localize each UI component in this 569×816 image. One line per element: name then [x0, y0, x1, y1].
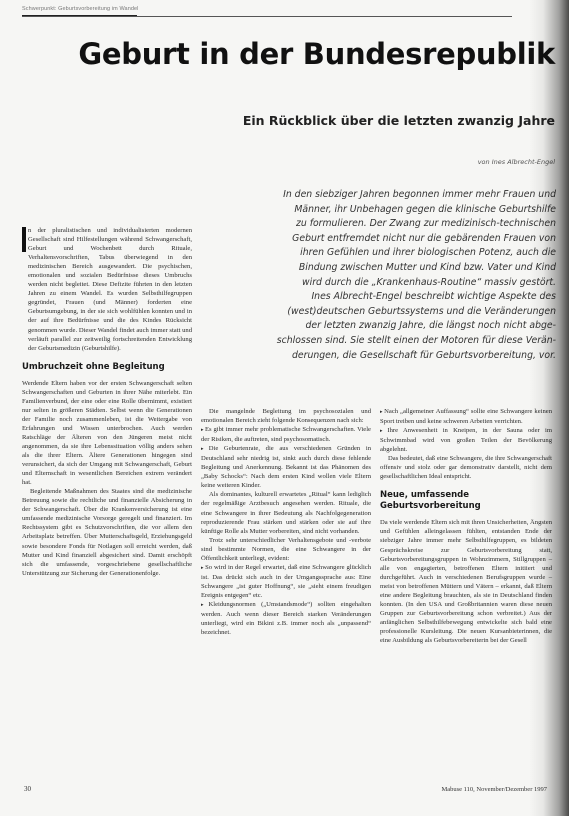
intro-line: derungen, die Gesellschaft für Geburtsvo…	[252, 349, 556, 364]
intro-line: Geburt entfremdet nicht nur die gebärend…	[252, 232, 556, 247]
intro-line: zu formulieren. Der Zwang zur medizinisc…	[252, 217, 556, 232]
paragraph: Das bedeutet, daß eine Schwangere, die i…	[380, 454, 552, 481]
page-gutter-shadow	[529, 0, 569, 816]
article-subtitle: Ein Rückblick über die letzten zwanzig J…	[243, 113, 555, 128]
article-intro: In den siebziger Jahren begonnen immer m…	[252, 188, 556, 363]
intro-line: Ines Albrecht-Engel beschreibt wichtige …	[252, 290, 556, 305]
intro-line: wird durch die „Krankenhaus-Routine“ mas…	[252, 276, 556, 291]
paragraph: Da viele werdende Eltern sich mit ihren …	[380, 518, 552, 645]
section-heading: Neue, umfassende Geburtsvorbereitung	[380, 490, 552, 512]
column-middle: Die mangelnde Begleitung im psychosozial…	[201, 407, 371, 637]
bullet-item: Kleidungsnormen („Umstandsmode“) sollten…	[201, 600, 371, 637]
bullet-item: Die Geburtenrate, die aus verschiedenen …	[201, 444, 371, 490]
paragraph: Als dominantes, kulturell erwartetes „Ri…	[201, 490, 371, 535]
intro-line: schlossen sind. Sie stellt einen der Mot…	[252, 334, 556, 349]
running-head: Schwerpunkt: Geburtsvorbereitung im Wand…	[22, 6, 139, 12]
opening-paragraph: n der pluralistischen und individualisie…	[22, 226, 192, 353]
paragraph: Begleitende Maßnahmen des Staates sind d…	[22, 487, 192, 577]
intro-line: ihren Gefühlen und ihrer biologischen Po…	[252, 246, 556, 261]
intro-line: In den siebziger Jahren begonnen immer m…	[252, 188, 556, 203]
paragraph: n der pluralistischen und individualisie…	[28, 226, 192, 353]
intro-line: der letzten zwanzig Jahre, die längst no…	[252, 319, 556, 334]
column-right: Nach „allgemeiner Auffassung“ sollte ein…	[380, 407, 552, 645]
section-heading: Umbruchzeit ohne Begleitung	[22, 362, 192, 373]
column-left: n der pluralistischen und individualisie…	[22, 226, 192, 578]
intro-line: Männer, ihr Unbehagen gegen die klinisch…	[252, 203, 556, 218]
drop-cap-i	[22, 227, 26, 252]
bullet-item: Nach „allgemeiner Auffassung“ sollte ein…	[380, 407, 552, 426]
page-number: 30	[24, 785, 31, 793]
article-title: Geburt in der Bundesrepublik	[78, 37, 555, 71]
intro-line: Bindung zwischen Mutter und Kind bzw. Va…	[252, 261, 556, 276]
bullet-item: Es gibt immer mehr problematische Schwan…	[201, 425, 371, 444]
bullet-item: Ihre Anwesenheit in Kneipen, in der Saun…	[380, 426, 552, 454]
paragraph: Trotz sehr unterschiedlicher Verhaltensg…	[201, 536, 371, 563]
paragraph: Die mangelnde Begleitung im psychosozial…	[201, 407, 371, 425]
bullet-item: So wird in der Regel erwartet, daß eine …	[201, 563, 371, 600]
intro-line: (west)deutschen Geburtssystems und die V…	[252, 305, 556, 320]
paragraph: Werdende Eltern haben vor der ersten Sch…	[22, 379, 192, 488]
magazine-page: Schwerpunkt: Geburtsvorbereitung im Wand…	[0, 0, 569, 816]
running-head-rule	[22, 16, 512, 17]
